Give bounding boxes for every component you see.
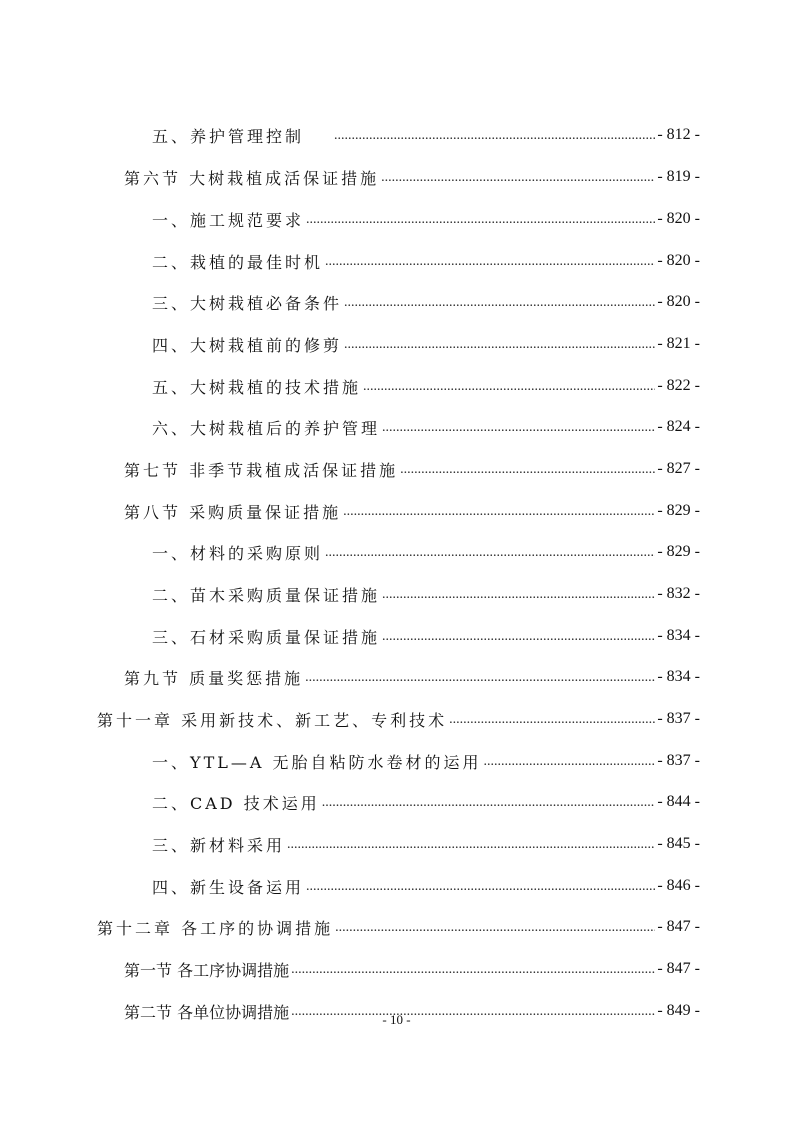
dot-leader [344,337,655,357]
toc-entry-title: 一、施工规范要求 [152,208,304,231]
toc-entry-title: 一、YTL—A 无胎自粘防水卷材的运用 [152,750,482,773]
toc-entry-page: - 820 - [657,210,700,228]
page-number: - 10 - [0,1012,793,1028]
toc-entry[interactable]: 三、新材料采用 - 845 - [152,831,700,857]
dot-leader [363,379,655,399]
toc-entry[interactable]: 一、材料的采购原则 - 829 - [152,539,700,565]
toc-entry[interactable]: 第十一章 采用新技术、新工艺、专利技术 - 837 - [97,706,700,732]
toc-entry-title: 第十二章 各工序的协调措施 [97,916,333,939]
dot-leader [325,545,655,565]
toc-entry-page: - 820 - [657,293,700,311]
dot-leader [382,587,655,607]
toc-entry-title: 三、新材料采用 [152,833,285,856]
dot-leader [291,962,655,982]
toc-entry-title: 三、大树栽植必备条件 [152,291,342,314]
dot-leader [382,629,655,649]
toc-entry[interactable]: 第八节 采购质量保证措施 - 829 - [124,498,700,524]
toc-entry[interactable]: 三、大树栽植必备条件 - 820 - [152,289,700,315]
toc-entry-page: - 844 - [657,793,700,811]
toc-entry-page: - 829 - [657,543,700,561]
toc-entry-page: - 824 - [657,418,700,436]
toc-entry[interactable]: 六、大树栽植后的养护管理 - 824 - [152,414,700,440]
toc-entry[interactable]: 五、大树栽植的技术措施 - 822 - [152,373,700,399]
toc-entry[interactable]: 一、YTL—A 无胎自粘防水卷材的运用 - 837 - [152,748,700,774]
toc-entry-page: - 834 - [657,668,700,686]
dot-leader [382,420,655,440]
toc-entry-title: 四、新生设备运用 [152,875,304,898]
toc-entry[interactable]: 第九节 质量奖惩措施 - 834 - [124,664,700,690]
toc-entry-title: 一、材料的采购原则 [152,541,323,564]
dot-leader [449,712,655,732]
toc-entry[interactable]: 第七节 非季节栽植成活保证措施 - 827 - [124,456,700,482]
toc-entry-title: 二、苗木采购质量保证措施 [152,583,380,606]
dot-leader [287,837,655,857]
dot-leader [305,670,655,690]
dot-leader [322,795,656,815]
toc-entry-page: - 829 - [657,502,700,520]
toc-entry-title: 六、大树栽植后的养护管理 [152,416,380,439]
toc-entry-title: 第七节 非季节栽植成活保证措施 [124,458,398,481]
toc-entry-page: - 832 - [657,585,700,603]
toc-entry-page: - 822 - [657,377,700,395]
toc-entry-page: - 821 - [657,335,700,353]
dot-leader [306,879,655,899]
toc-entry-page: - 834 - [657,627,700,645]
toc-entry-title: 二、栽植的最佳时机 [152,250,323,273]
toc-entry-page: - 847 - [657,960,700,978]
toc-entry-title: 五、大树栽植的技术措施 [152,375,361,398]
toc-entry-title: 第八节 采购质量保证措施 [124,500,341,523]
dot-leader [334,128,655,148]
toc-entry-page: - 845 - [657,835,700,853]
toc-entry[interactable]: 二、苗木采购质量保证措施 - 832 - [152,581,700,607]
toc-entry-title: 二、CAD 技术运用 [152,791,320,814]
dot-leader [400,462,655,482]
dot-leader [484,754,656,774]
toc-entry-title: 第九节 质量奖惩措施 [124,666,303,689]
toc-entry[interactable]: 四、新生设备运用 - 846 - [152,873,700,899]
toc-entry-page: - 812 - [657,126,700,144]
toc-entry-page: - 827 - [657,460,700,478]
toc-entry[interactable]: 二、栽植的最佳时机 - 820 - [152,248,700,274]
toc-entry[interactable]: 五、养护管理控制 - 812 - [152,122,700,148]
toc-entry-page: - 837 - [657,710,700,728]
toc-entry-page: - 820 - [657,252,700,270]
toc-entry-page: - 846 - [657,877,700,895]
dot-leader [381,170,655,190]
dot-leader [344,295,655,315]
toc-entry-title: 第一节 各工序协调措施 [124,958,289,981]
toc-entry-page: - 837 - [657,752,700,770]
toc-entry[interactable]: 第六节 大树栽植成活保证措施 - 819 - [124,164,700,190]
toc-entry-page: - 819 - [657,168,700,186]
dot-leader [306,212,655,232]
toc-entry[interactable]: 二、CAD 技术运用 - 844 - [152,789,700,815]
toc-entry-title: 第十一章 采用新技术、新工艺、专利技术 [97,708,447,731]
toc-entry-title: 第六节 大树栽植成活保证措施 [124,166,379,189]
toc-entry-title: 三、石材采购质量保证措施 [152,625,380,648]
toc-entry[interactable]: 四、大树栽植前的修剪 - 821 - [152,331,700,357]
toc-entry[interactable]: 第一节 各工序协调措施 - 847 - [124,956,700,982]
toc-entry[interactable]: 第十二章 各工序的协调措施 - 847 - [97,914,700,940]
toc-entry[interactable]: 一、施工规范要求 - 820 - [152,206,700,232]
dot-leader [325,254,655,274]
toc-entry[interactable]: 三、石材采购质量保证措施 - 834 - [152,623,700,649]
dot-leader [343,504,655,524]
toc-entry-page: - 847 - [657,918,700,936]
toc-entry-title: 四、大树栽植前的修剪 [152,333,342,356]
toc-entry-title: 五、养护管理控制 [152,124,304,147]
dot-leader [335,920,655,940]
